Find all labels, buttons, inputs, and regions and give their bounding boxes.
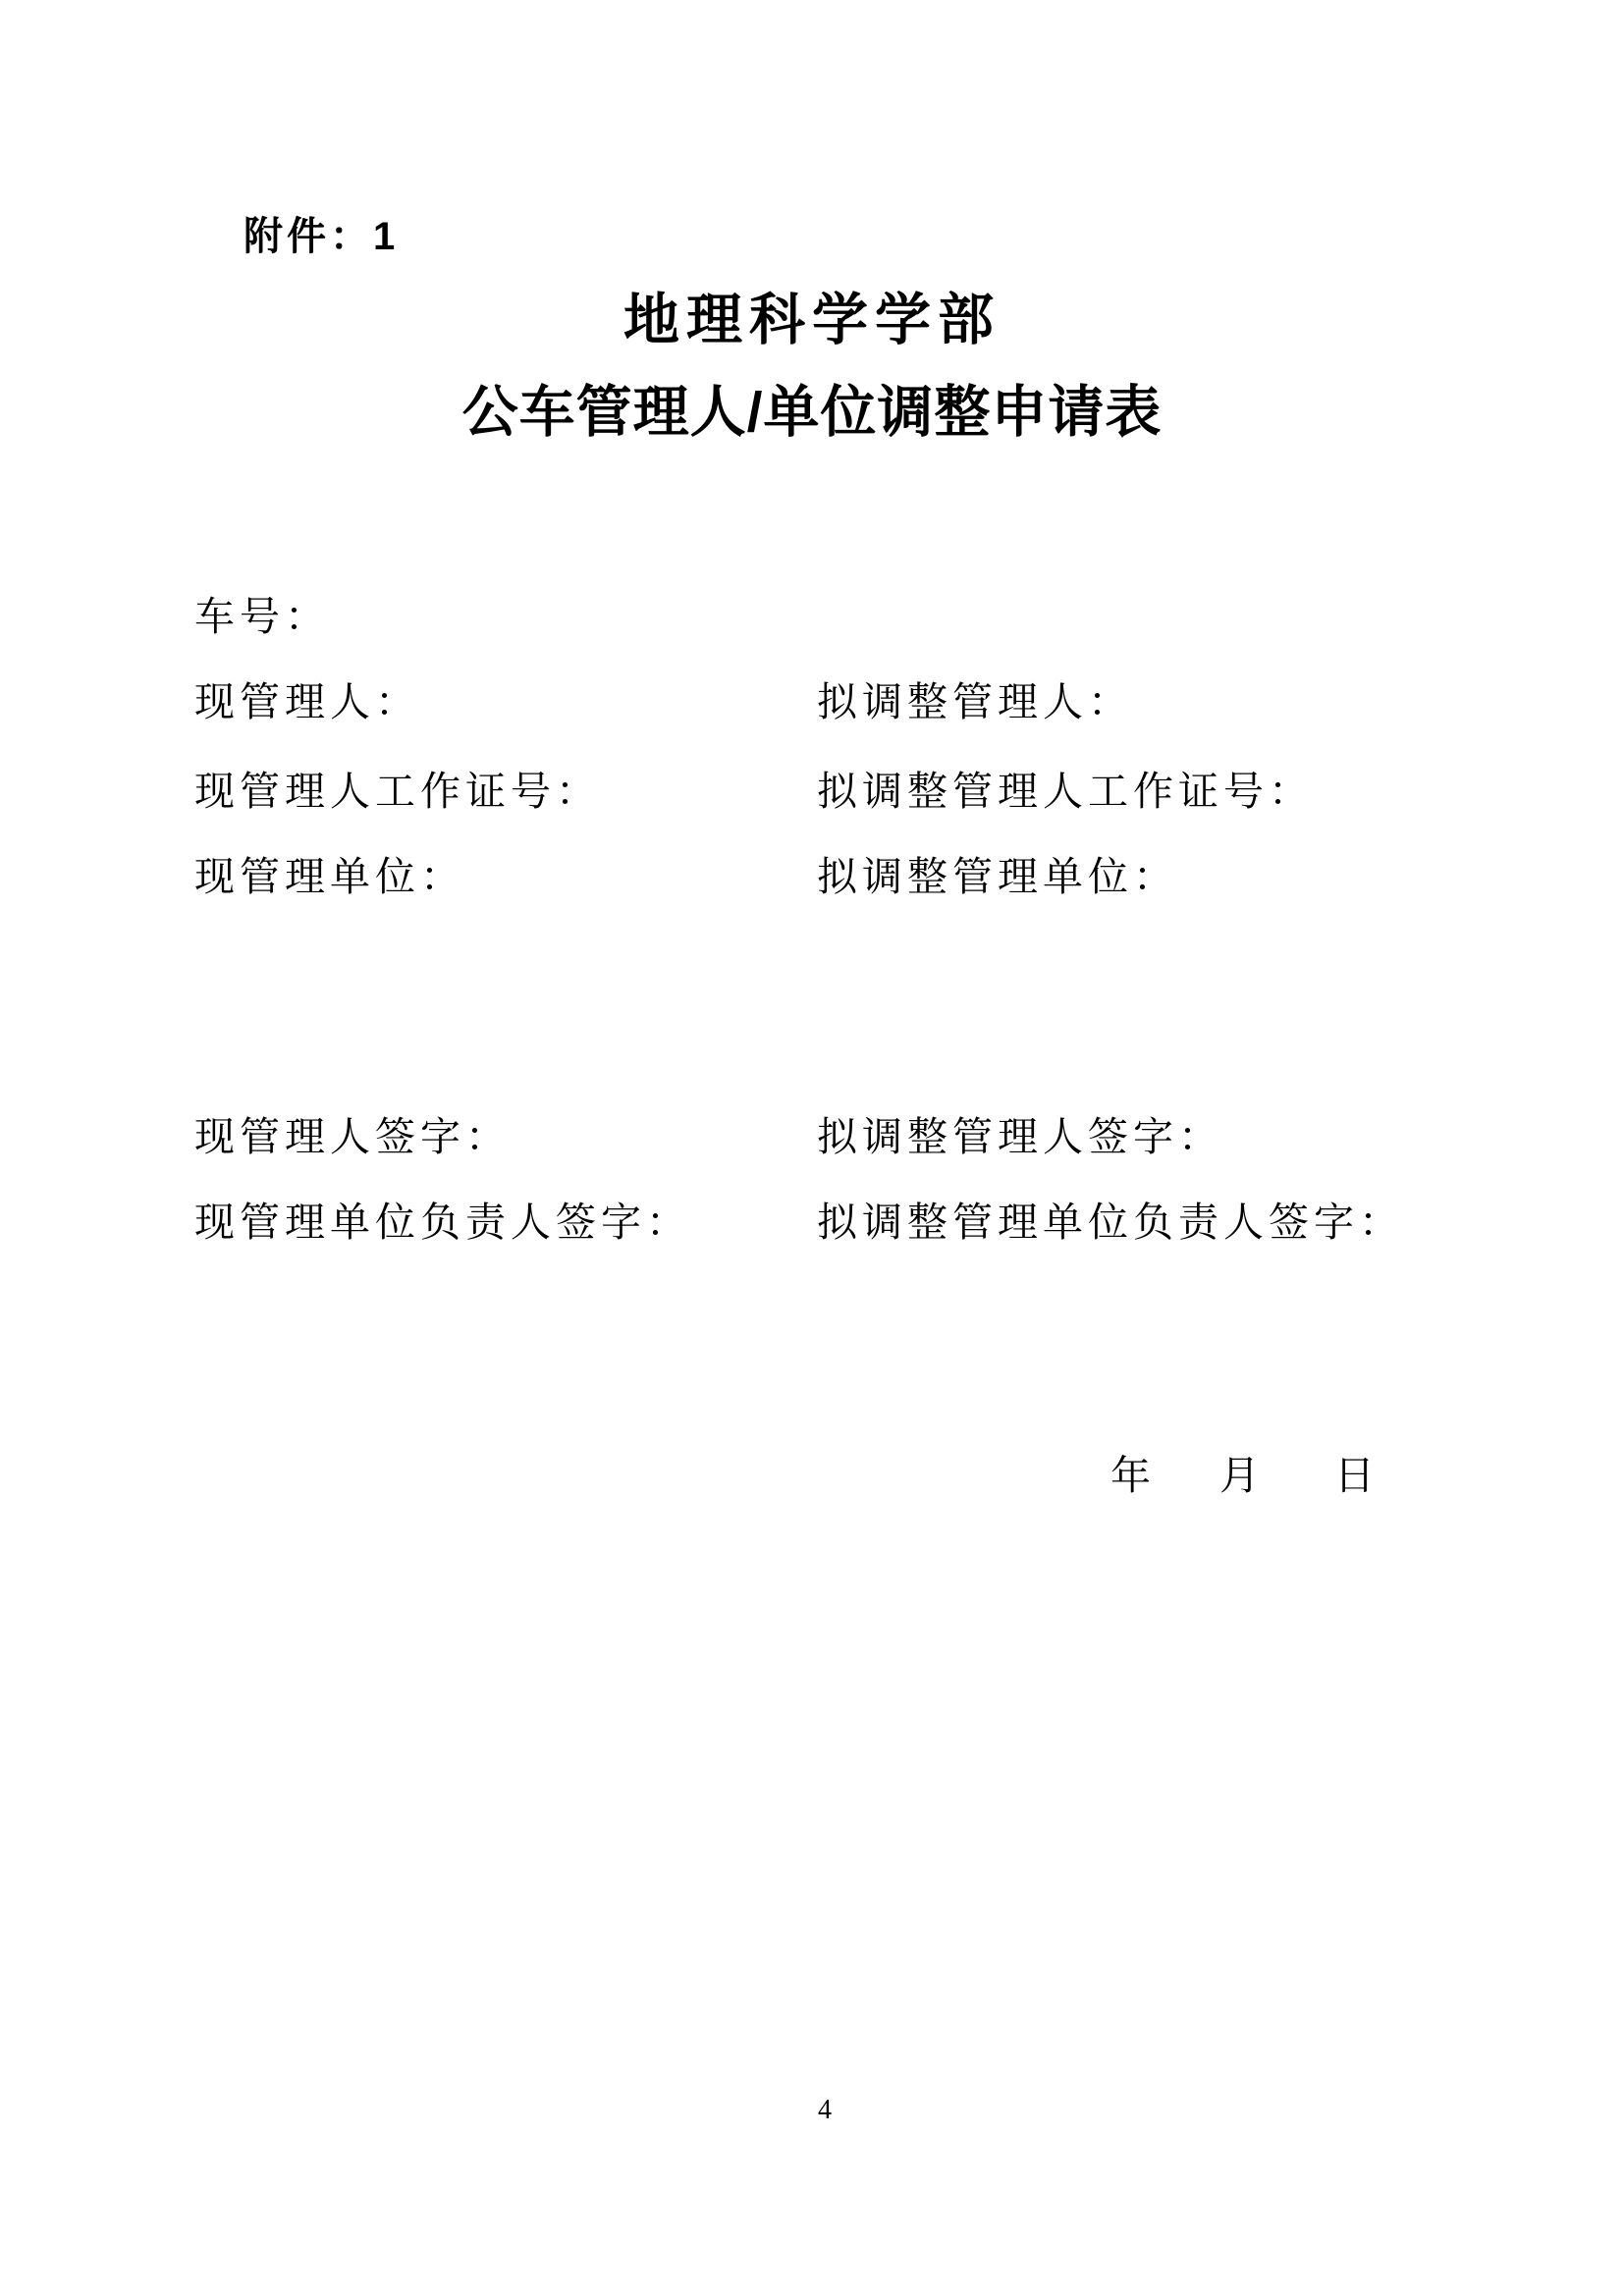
date-day-label: 日: [1334, 1453, 1375, 1498]
date-year-label: 年: [1110, 1453, 1151, 1498]
current-manager-signature-label: 现管理人签字：: [194, 1117, 511, 1157]
current-manager-label: 现管理人：: [194, 682, 420, 722]
proposed-manager-work-id-label: 拟调整管理人工作证号：: [817, 772, 1314, 812]
page-number: 4: [805, 2097, 844, 2124]
proposed-manager-label: 拟调整管理人：: [817, 682, 1133, 722]
document-title-line2: 公车管理人/单位调整申请表: [0, 385, 1624, 441]
proposed-unit-label: 拟调整管理单位：: [817, 857, 1178, 897]
date-month-label: 月: [1219, 1453, 1260, 1498]
attachment-label: 附件：1: [244, 217, 399, 256]
date-line: 年月日: [1110, 1456, 1375, 1496]
current-unit-label: 现管理单位：: [194, 857, 465, 897]
document-page: 附件：1 地理科学学部 公车管理人/单位调整申请表 车号： 现管理人： 拟调整管…: [0, 0, 1624, 2296]
proposed-manager-signature-label: 拟调整管理人签字：: [817, 1117, 1223, 1157]
current-unit-head-signature-label: 现管理单位负责人签字：: [194, 1202, 691, 1243]
current-manager-work-id-label: 现管理人工作证号：: [194, 772, 601, 812]
proposed-unit-head-signature-label: 拟调整管理单位负责人签字：: [817, 1202, 1404, 1243]
vehicle-number-label: 车号：: [194, 597, 330, 637]
document-title-line1: 地理科学学部: [0, 293, 1624, 348]
